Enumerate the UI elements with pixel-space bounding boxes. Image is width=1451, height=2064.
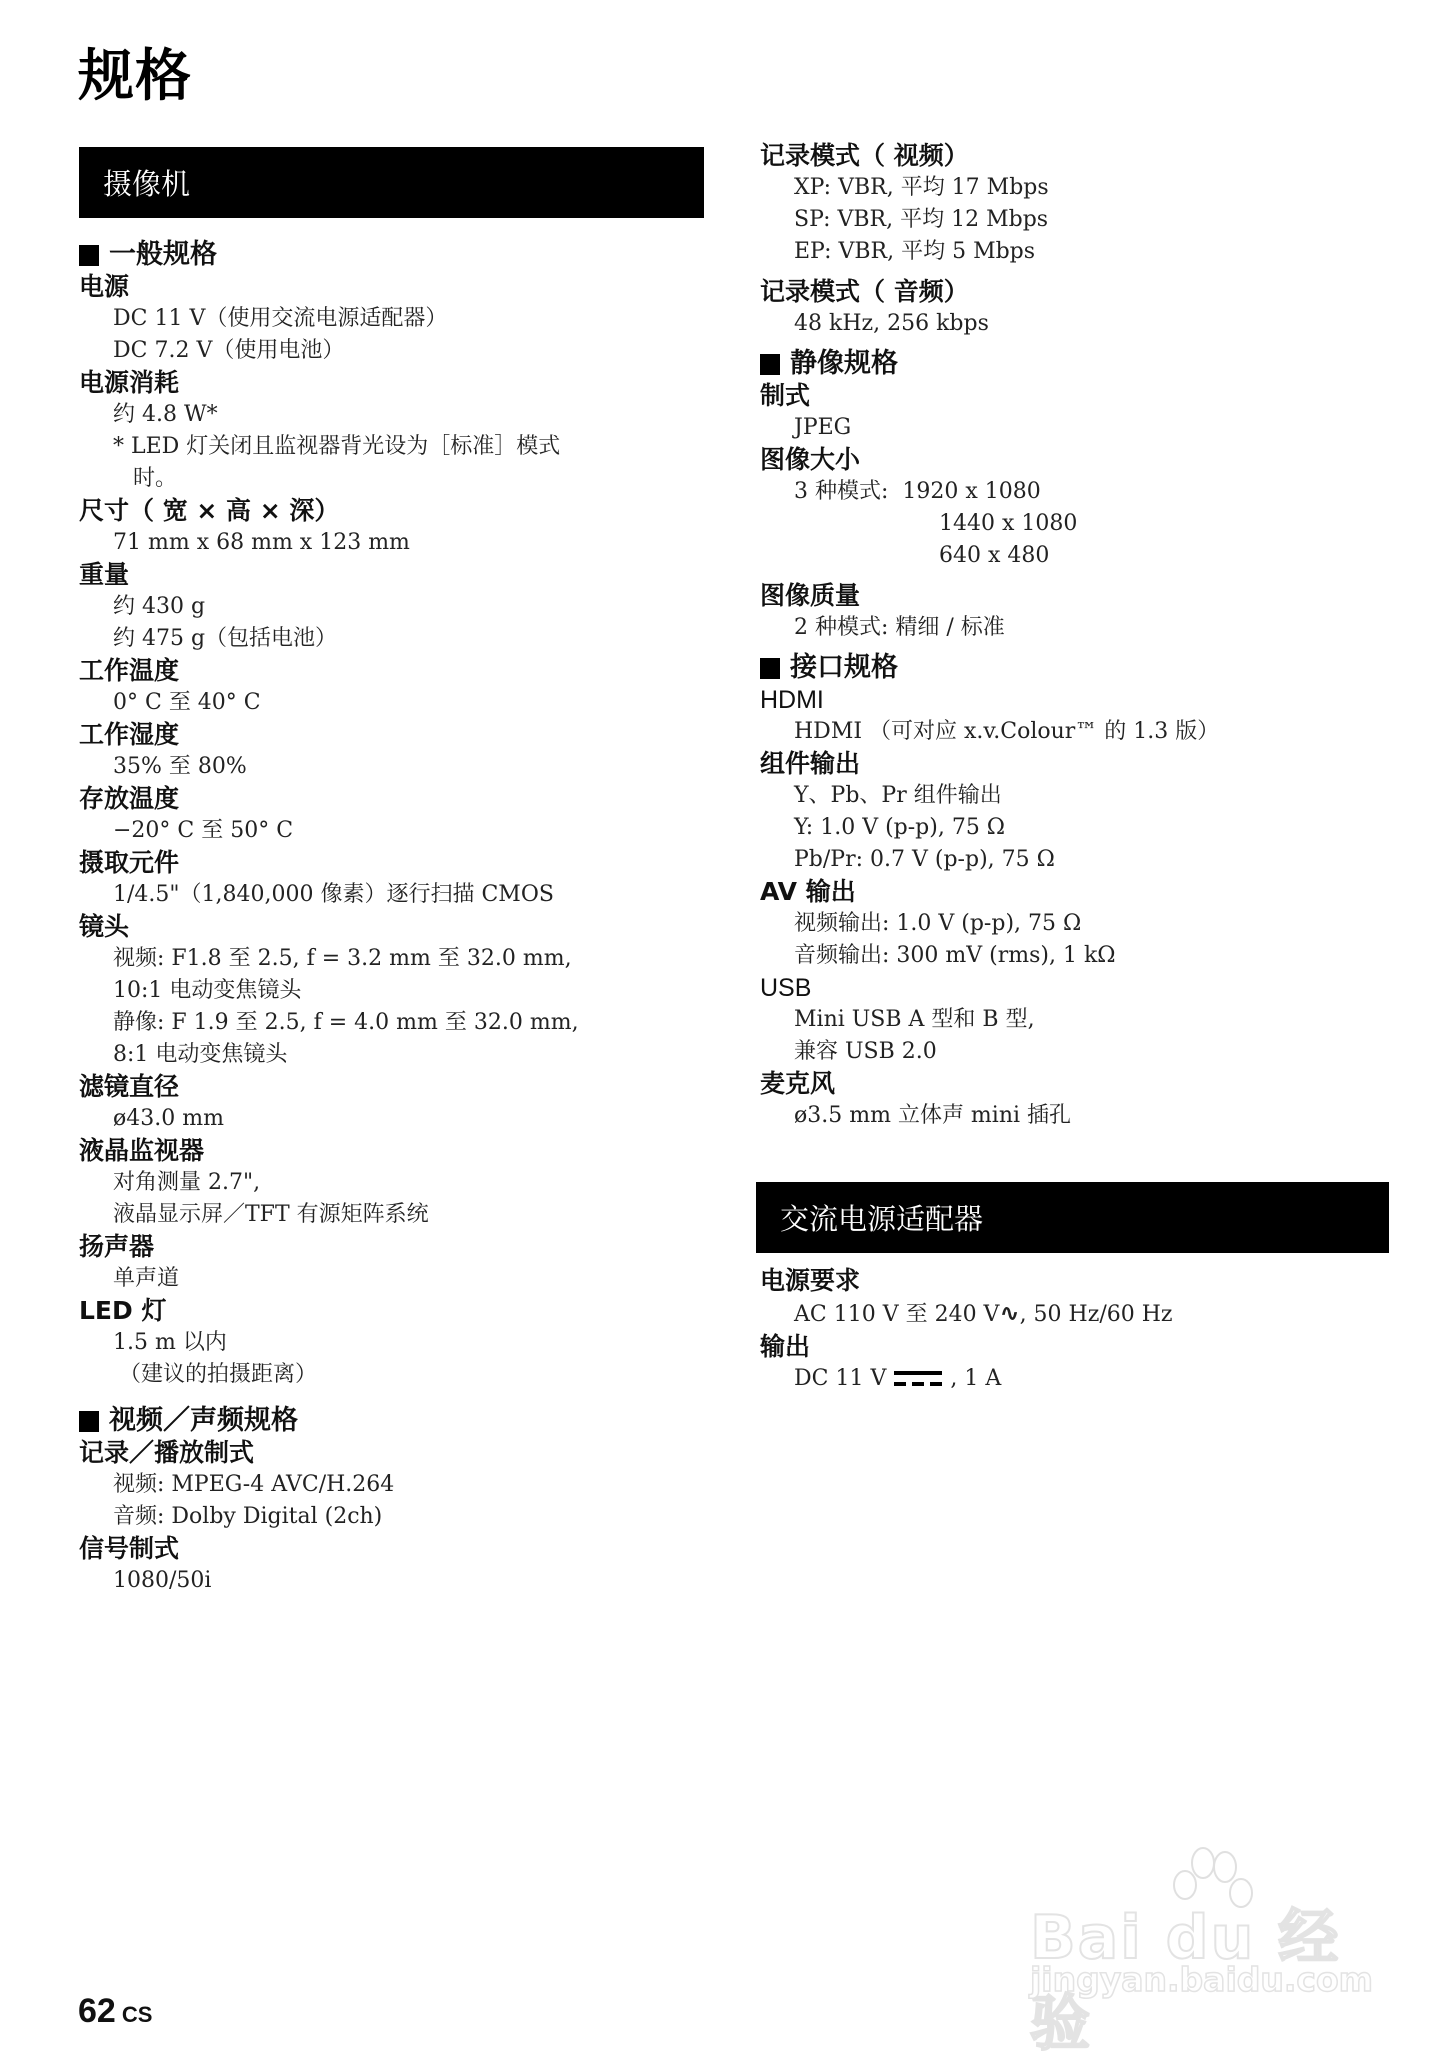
square-bullet-icon <box>79 1411 99 1432</box>
image-size-row: 640 x 480 <box>760 540 1390 572</box>
spec-value: 对角测量 2.7", <box>79 1167 704 1199</box>
spec-value: DC 11 V, 1 A <box>760 1363 1390 1395</box>
spec-label-image-size: 图像大小 <box>760 444 1390 476</box>
spec-label-speaker: 扬声器 <box>79 1231 704 1263</box>
spec-label-rec-play-format: 记录／播放制式 <box>79 1437 704 1469</box>
spec-value: SP: VBR, 平均 12 Mbps <box>760 204 1390 236</box>
spec-label-power-source: 电源 <box>79 271 704 303</box>
spec-value: （建议的拍摄距离） <box>79 1359 704 1391</box>
spec-label-lens: 镜头 <box>79 911 704 943</box>
watermark-url: jingyan.baidu.com <box>1030 1960 1373 1999</box>
spec-value: 48 kHz, 256 kbps <box>760 308 1390 340</box>
spec-value: 液晶显示屏／TFT 有源矩阵系统 <box>79 1199 704 1231</box>
section-bar-title: 摄像机 <box>103 162 190 203</box>
spec-label-dimensions: 尺寸（ 宽 × 高 × 深） <box>79 495 704 527</box>
spec-value: 0° C 至 40° C <box>79 687 704 719</box>
spec-value: 1/4.5"（1,840,000 像素）逐行扫描 CMOS <box>79 879 704 911</box>
spec-label-output: 输出 <box>760 1331 1390 1363</box>
spec-label-power-consumption: 电源消耗 <box>79 367 704 399</box>
page-number: 62 <box>78 1992 116 2030</box>
spec-value: 约 430 g <box>79 591 704 623</box>
spec-value: 约 475 g（包括电池） <box>79 623 704 655</box>
spec-value: −20° C 至 50° C <box>79 815 704 847</box>
spec-value: 兼容 USB 2.0 <box>760 1036 1390 1068</box>
image-size-row: 3 种模式: 1920 x 1080 <box>760 476 1390 508</box>
spec-label-image-quality: 图像质量 <box>760 580 1390 612</box>
spec-value: Mini USB A 型和 B 型, <box>760 1004 1390 1036</box>
spec-value: 视频: MPEG-4 AVC/H.264 <box>79 1469 704 1501</box>
spec-value: EP: VBR, 平均 5 Mbps <box>760 236 1390 268</box>
spec-label-rec-mode-audio: 记录模式（ 音频） <box>760 276 1390 308</box>
spec-label-operating-temperature: 工作温度 <box>79 655 704 687</box>
spec-value: 音频输出: 300 mV (rms), 1 kΩ <box>760 940 1390 972</box>
spec-value: Y: 1.0 V (p-p), 75 Ω <box>760 812 1390 844</box>
right-column: 记录模式（ 视频） XP: VBR, 平均 17 Mbps SP: VBR, 平… <box>760 140 1390 1395</box>
spec-label-image-device: 摄取元件 <box>79 847 704 879</box>
spec-label-still-format: 制式 <box>760 380 1390 412</box>
spec-label-av-out: AV 输出 <box>760 876 1390 908</box>
square-bullet-icon <box>760 658 780 679</box>
spec-label-filter-diameter: 滤镜直径 <box>79 1071 704 1103</box>
spec-value: 视频输出: 1.0 V (p-p), 75 Ω <box>760 908 1390 940</box>
spec-value: AC 110 V 至 240 V∿, 50 Hz/60 Hz <box>760 1297 1390 1331</box>
spec-value: XP: VBR, 平均 17 Mbps <box>760 172 1390 204</box>
spec-value: 音频: Dolby Digital (2ch) <box>79 1501 704 1533</box>
image-size-row: 1440 x 1080 <box>760 508 1390 540</box>
spec-value: 单声道 <box>79 1263 704 1295</box>
spec-label-hdmi: HDMI <box>760 684 1390 716</box>
spec-value: 1.5 m 以内 <box>79 1327 704 1359</box>
spec-value: 约 4.8 W* <box>79 399 704 431</box>
dc-current-icon <box>894 1371 942 1387</box>
spec-footnote: * LED 灯关闭且监视器背光设为［标准］模式 <box>79 431 704 463</box>
spec-label-signal-format: 信号制式 <box>79 1533 704 1565</box>
spec-label-lcd-monitor: 液晶监视器 <box>79 1135 704 1167</box>
section-bar-title: 交流电源适配器 <box>780 1197 983 1238</box>
spec-value: 71 mm x 68 mm x 123 mm <box>79 527 704 559</box>
spec-label-power-requirements: 电源要求 <box>760 1265 1390 1297</box>
spec-value: DC 7.2 V（使用电池） <box>79 335 704 367</box>
spec-value: Pb/Pr: 0.7 V (p-p), 75 Ω <box>760 844 1390 876</box>
spec-label-storage-temperature: 存放温度 <box>79 783 704 815</box>
spec-label-led-light: LED 灯 <box>79 1295 704 1327</box>
section-bar-ac-adapter: 交流电源适配器 <box>756 1182 1389 1253</box>
spec-label-weight: 重量 <box>79 559 704 591</box>
subsection-heading-interface: 接口规格 <box>760 652 1390 684</box>
spec-label-component-out: 组件输出 <box>760 748 1390 780</box>
spec-value: HDMI （可对应 x.v.Colour™ 的 1.3 版） <box>760 716 1390 748</box>
section-bar-camcorder: 摄像机 <box>79 147 704 218</box>
spec-value: 8:1 电动变焦镜头 <box>79 1039 704 1071</box>
spec-label-rec-mode-video: 记录模式（ 视频） <box>760 140 1390 172</box>
subsection-heading-still: 静像规格 <box>760 348 1390 380</box>
spec-value: Y、Pb、Pr 组件输出 <box>760 780 1390 812</box>
spec-value: JPEG <box>760 412 1390 444</box>
spec-label-usb: USB <box>760 972 1390 1004</box>
spec-value: 视频: F1.8 至 2.5, f = 3.2 mm 至 32.0 mm, <box>79 943 704 975</box>
spec-value: 1080/50i <box>79 1565 704 1597</box>
spec-value: 10:1 电动变焦镜头 <box>79 975 704 1007</box>
spec-value: 35% 至 80% <box>79 751 704 783</box>
spec-value: ø43.0 mm <box>79 1103 704 1135</box>
page-title: 规格 <box>78 42 192 112</box>
square-bullet-icon <box>79 245 99 266</box>
spec-value: DC 11 V（使用交流电源适配器） <box>79 303 704 335</box>
spec-label-microphone: 麦克风 <box>760 1068 1390 1100</box>
spec-value: ø3.5 mm 立体声 mini 插孔 <box>760 1100 1390 1132</box>
ac-wave-icon: ∿ <box>999 1299 1019 1327</box>
baidu-watermark: Bai du 经验 jingyan.baidu.com <box>1030 1845 1370 2010</box>
spec-value: 静像: F 1.9 至 2.5, f = 4.0 mm 至 32.0 mm, <box>79 1007 704 1039</box>
spec-label-operating-humidity: 工作湿度 <box>79 719 704 751</box>
left-column: 摄像机 一般规格 电源 DC 11 V（使用交流电源适配器） DC 7.2 V（… <box>79 147 704 1597</box>
language-code: CS <box>122 2002 153 2027</box>
square-bullet-icon <box>760 354 780 375</box>
spec-value: 2 种模式: 精细 / 标准 <box>760 612 1390 644</box>
page-footer: 62CS <box>78 1992 152 2031</box>
subsection-heading-av: 视频／声频规格 <box>79 1405 704 1437</box>
subsection-heading-general: 一般规格 <box>79 239 704 271</box>
spec-footnote: 时。 <box>79 463 704 495</box>
